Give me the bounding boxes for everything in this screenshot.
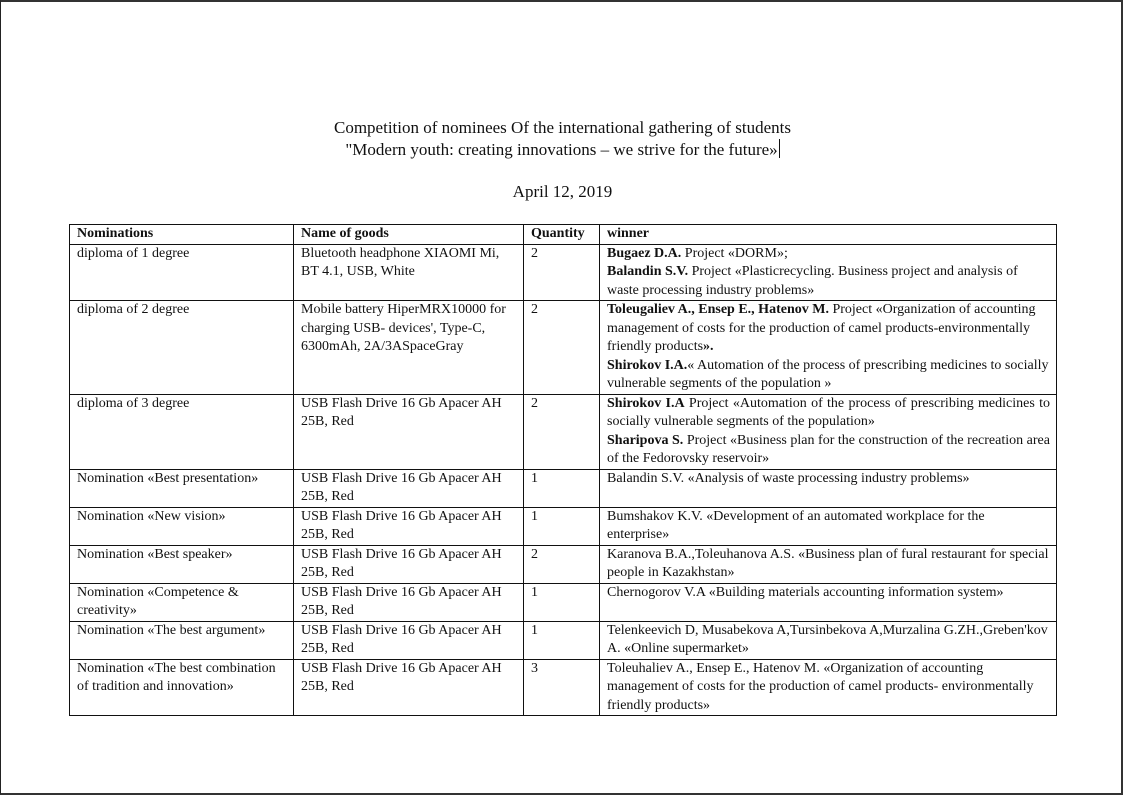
table-row: Nomination «The best combination of trad… bbox=[70, 659, 1057, 716]
winner-name: Toleugaliev A., Ensep E., Hatenov M. bbox=[607, 302, 829, 317]
winner-entry: Bugaez D.A. Project «DORM»; bbox=[607, 245, 1050, 264]
quantity-cell: 1 bbox=[524, 583, 600, 621]
winner-name: Shirokov I.A. bbox=[607, 358, 687, 373]
winner-cell: Karanova B.A.,Toleuhanova A.S. «Business… bbox=[600, 545, 1057, 583]
goods-cell: USB Flash Drive 16 Gb Apacer AH 25B, Red bbox=[294, 507, 524, 545]
quantity-cell: 1 bbox=[524, 507, 600, 545]
table-row: diploma of 2 degreeMobile battery HiperM… bbox=[70, 301, 1057, 395]
quantity-cell: 1 bbox=[524, 469, 600, 507]
goods-cell: USB Flash Drive 16 Gb Apacer AH 25B, Red bbox=[294, 469, 524, 507]
quantity-cell: 2 bbox=[524, 545, 600, 583]
nomination-cell: diploma of 3 degree bbox=[70, 394, 294, 469]
winner-cell: Chernogorov V.A «Building materials acco… bbox=[600, 583, 1057, 621]
table-row: diploma of 3 degreeUSB Flash Drive 16 Gb… bbox=[70, 394, 1057, 469]
table-row: Nomination «Best presentation»USB Flash … bbox=[70, 469, 1057, 507]
title-line2-text: "Modern youth: creating innovations – we… bbox=[345, 140, 777, 159]
table-row: Nomination «The best argument»USB Flash … bbox=[70, 621, 1057, 659]
nomination-cell: diploma of 1 degree bbox=[70, 244, 294, 301]
table-header-row: Nominations Name of goods Quantity winne… bbox=[70, 225, 1057, 245]
goods-cell: USB Flash Drive 16 Gb Apacer AH 25B, Red bbox=[294, 394, 524, 469]
winner-name: Bugaez D.A. bbox=[607, 246, 681, 261]
winner-entry: Balandin S.V. Project «Plasticrecycling.… bbox=[607, 263, 1050, 300]
nominations-table: Nominations Name of goods Quantity winne… bbox=[69, 224, 1057, 716]
winner-entry: Shirokov I.A.« Automation of the process… bbox=[607, 357, 1050, 394]
table-row: Nomination «Best speaker»USB Flash Drive… bbox=[70, 545, 1057, 583]
winner-name: Balandin S.V. bbox=[607, 264, 688, 279]
header-name-of-goods: Name of goods bbox=[294, 225, 524, 245]
table-row: diploma of 1 degreeBluetooth headphone X… bbox=[70, 244, 1057, 301]
winner-cell: Shirokov I.A Project «Automation of the … bbox=[600, 394, 1057, 469]
winner-cell: Bugaez D.A. Project «DORM»;Balandin S.V.… bbox=[600, 244, 1057, 301]
winner-name: Sharipova S. bbox=[607, 433, 683, 448]
nomination-cell: Nomination «The best argument» bbox=[70, 621, 294, 659]
goods-cell: Mobile battery HiperMRX10000 for chargin… bbox=[294, 301, 524, 395]
nomination-cell: Nomination «Best speaker» bbox=[70, 545, 294, 583]
nomination-cell: Nomination «Best presentation» bbox=[70, 469, 294, 507]
document-title-line2[interactable]: "Modern youth: creating innovations – we… bbox=[1, 139, 1123, 160]
winner-entry: Toleugaliev A., Ensep E., Hatenov M. Pro… bbox=[607, 301, 1050, 357]
quantity-cell: 2 bbox=[524, 301, 600, 395]
quantity-cell: 2 bbox=[524, 394, 600, 469]
table-row: Nomination «New vision»USB Flash Drive 1… bbox=[70, 507, 1057, 545]
quantity-cell: 1 bbox=[524, 621, 600, 659]
winner-cell: Toleugaliev A., Ensep E., Hatenov M. Pro… bbox=[600, 301, 1057, 395]
winner-entry: Sharipova S. Project «Business plan for … bbox=[607, 432, 1050, 469]
winner-name: Shirokov I.A bbox=[607, 396, 685, 411]
goods-cell: USB Flash Drive 16 Gb Apacer AH 25B, Red bbox=[294, 659, 524, 716]
quantity-cell: 3 bbox=[524, 659, 600, 716]
goods-cell: USB Flash Drive 16 Gb Apacer AH 25B, Red bbox=[294, 621, 524, 659]
table-row: Nomination «Competence & creativity»USB … bbox=[70, 583, 1057, 621]
goods-cell: USB Flash Drive 16 Gb Apacer AH 25B, Red bbox=[294, 545, 524, 583]
winner-entry: Shirokov I.A Project «Automation of the … bbox=[607, 395, 1050, 432]
nomination-cell: Nomination «Competence & creativity» bbox=[70, 583, 294, 621]
header-quantity: Quantity bbox=[524, 225, 600, 245]
nomination-cell: Nomination «The best combination of trad… bbox=[70, 659, 294, 716]
document-page: Competition of nominees Of the internati… bbox=[0, 0, 1123, 795]
text-cursor bbox=[779, 139, 780, 158]
quantity-cell: 2 bbox=[524, 244, 600, 301]
header-nominations: Nominations bbox=[70, 225, 294, 245]
nomination-cell: diploma of 2 degree bbox=[70, 301, 294, 395]
winner-cell: Balandin S.V. «Analysis of waste process… bbox=[600, 469, 1057, 507]
winner-project-tail: ». bbox=[703, 339, 714, 354]
nomination-cell: Nomination «New vision» bbox=[70, 507, 294, 545]
document-title-line1: Competition of nominees Of the internati… bbox=[1, 118, 1123, 138]
header-winner: winner bbox=[600, 225, 1057, 245]
winner-cell: Bumshakov K.V. «Development of an automa… bbox=[600, 507, 1057, 545]
document-date: April 12, 2019 bbox=[1, 182, 1123, 202]
goods-cell: Bluetooth headphone XIAOMI Mi, BT 4.1, U… bbox=[294, 244, 524, 301]
winner-project: Project «DORM»; bbox=[681, 246, 788, 261]
winner-cell: Telenkeevich D, Musabekova A,Tursinbekov… bbox=[600, 621, 1057, 659]
goods-cell: USB Flash Drive 16 Gb Apacer AH 25B, Red bbox=[294, 583, 524, 621]
winner-cell: Toleuhaliev A., Ensep E., Hatenov M. «Or… bbox=[600, 659, 1057, 716]
